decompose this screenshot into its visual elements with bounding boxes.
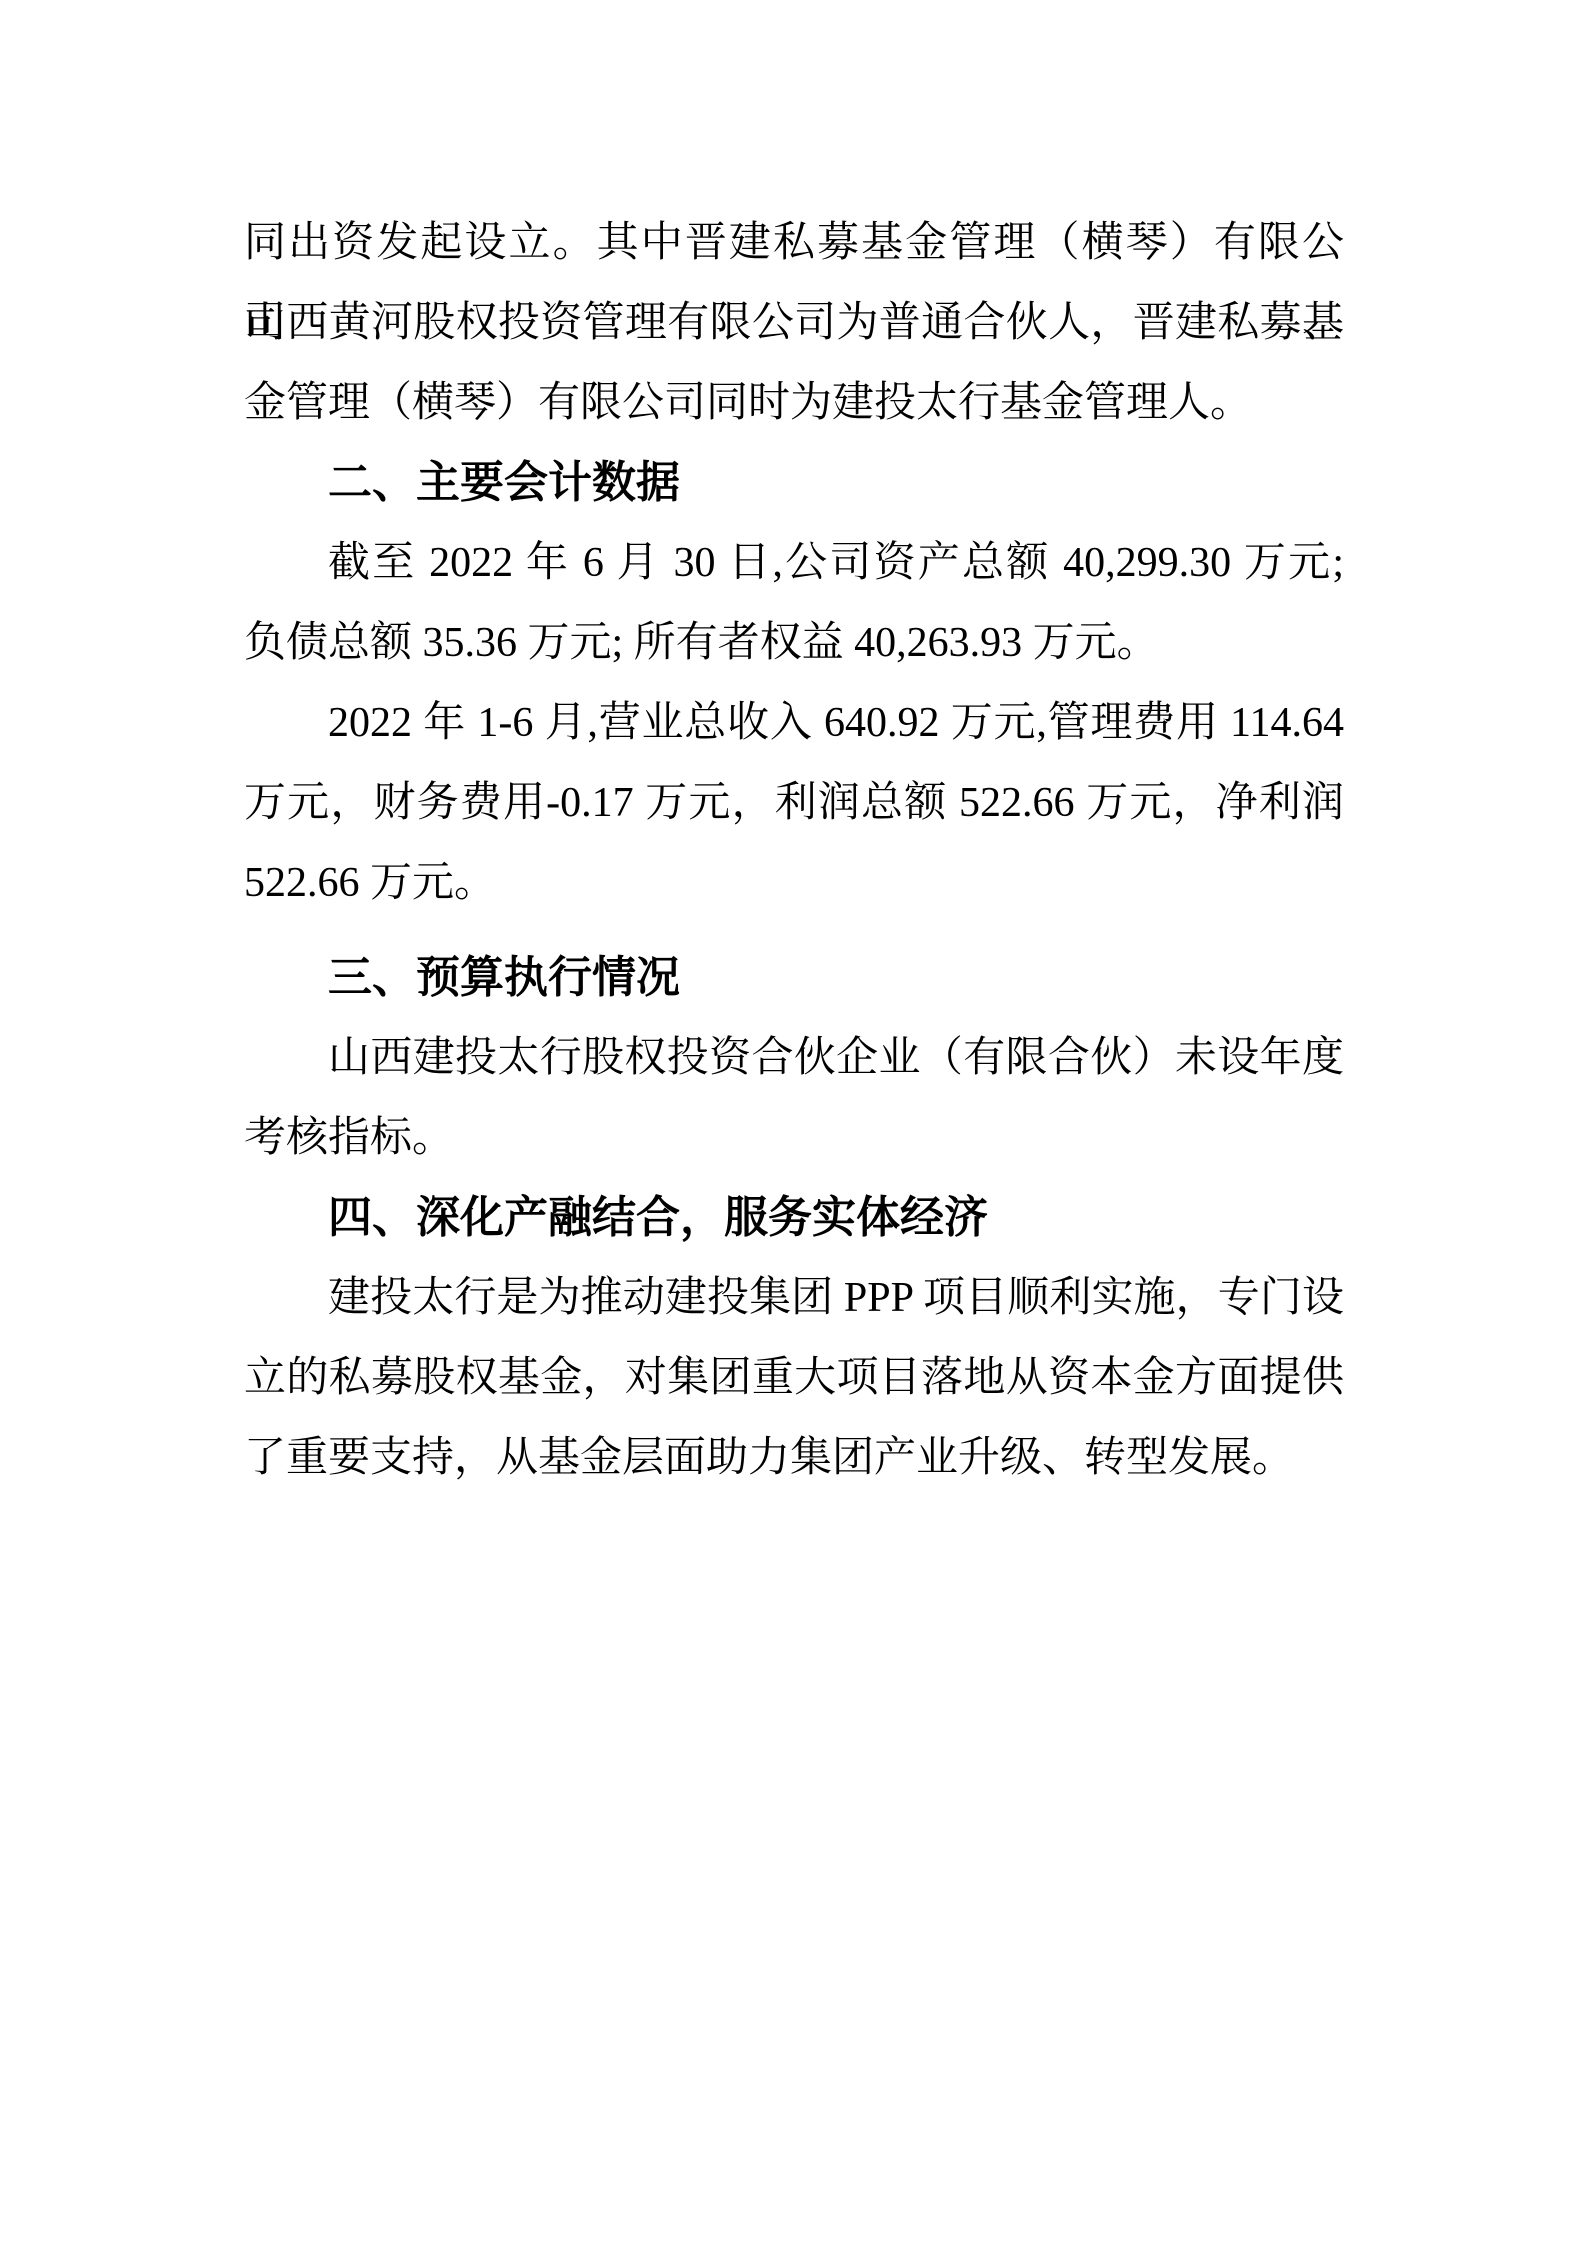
document-line: 了重要支持，从基金层面助力集团产业升级、转型发展。 (244, 1418, 1344, 1498)
document-line: 截至 2022 年 6 月 30 日,公司资产总额 40,299.30 万元; (244, 523, 1344, 603)
document-line: 建投太行是为推动建投集团 PPP 项目顺利实施，专门设 (244, 1258, 1344, 1338)
document-line: 2022 年 1-6 月,营业总收入 640.92 万元,管理费用 114.64 (244, 683, 1344, 763)
document-line: 立的私募股权基金，对集团重大项目落地从资本金方面提供 (244, 1338, 1344, 1418)
document-line: 负债总额 35.36 万元; 所有者权益 40,263.93 万元。 (244, 603, 1344, 683)
document-line: 山西建投太行股权投资合伙企业（有限合伙）未设年度 (244, 1018, 1344, 1098)
section-heading: 四、深化产融结合，服务实体经济 (244, 1178, 1344, 1258)
document-page: 同出资发起设立。其中晋建私募基金管理（横琴）有限公司、山西黄河股权投资管理有限公… (0, 0, 1587, 2245)
section-heading: 三、预算执行情况 (244, 938, 1344, 1018)
document-line: 考核指标。 (244, 1098, 1344, 1178)
document-line: 金管理（横琴）有限公司同时为建投太行基金管理人。 (244, 363, 1344, 443)
document-line: 522.66 万元。 (244, 843, 1344, 923)
document-line: 山西黄河股权投资管理有限公司为普通合伙人，晋建私募基 (244, 283, 1344, 363)
document-line: 万元，财务费用-0.17 万元，利润总额 522.66 万元，净利润 (244, 763, 1344, 843)
section-heading: 二、主要会计数据 (244, 443, 1344, 523)
document-line: 同出资发起设立。其中晋建私募基金管理（横琴）有限公司、 (244, 203, 1344, 283)
document-body: 同出资发起设立。其中晋建私募基金管理（横琴）有限公司、山西黄河股权投资管理有限公… (244, 203, 1344, 1498)
